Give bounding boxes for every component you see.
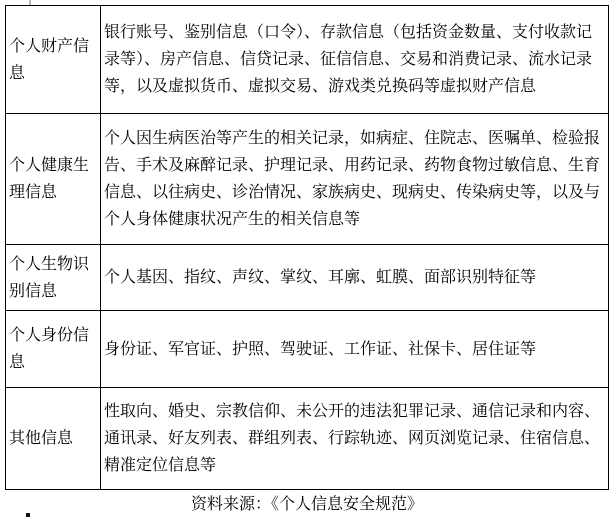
category-cell: 个人健康生理信息 (6, 114, 101, 245)
category-cell: 其他信息 (6, 388, 101, 490)
category-cell: 个人生物识别信息 (6, 245, 101, 311)
table-row: 个人财产信息 银行账号、鉴别信息（口令）、存款信息（包括资金数量、支付收款记录等… (6, 6, 609, 114)
table-row: 其他信息 性取向、婚史、宗教信仰、未公开的违法犯罪记录、通信记录和内容、通讯录、… (6, 388, 609, 490)
table-row: 个人身份信息 身份证、军官证、护照、驾驶证、工作证、社保卡、居住证等 (6, 311, 609, 388)
source-caption: 资料来源：《个人信息安全规范》 (0, 495, 614, 515)
table-row: 个人生物识别信息 个人基因、指纹、声纹、掌纹、耳廓、虹膜、面部识别特征等 (6, 245, 609, 311)
category-cell: 个人财产信息 (6, 6, 101, 114)
description-cell: 身份证、军官证、护照、驾驶证、工作证、社保卡、居住证等 (101, 311, 609, 388)
description-cell: 银行账号、鉴别信息（口令）、存款信息（包括资金数量、支付收款记录等）、房产信息、… (101, 6, 609, 114)
personal-info-table: 个人财产信息 银行账号、鉴别信息（口令）、存款信息（包括资金数量、支付收款记录等… (5, 5, 609, 490)
stray-scan-mark-bottom (26, 513, 30, 517)
description-cell: 个人因生病医治等产生的相关记录，如病症、住院志、医嘱单、检验报告、手术及麻醉记录… (101, 114, 609, 245)
table-row: 个人健康生理信息 个人因生病医治等产生的相关记录，如病症、住院志、医嘱单、检验报… (6, 114, 609, 245)
category-cell: 个人身份信息 (6, 311, 101, 388)
document-page: 个人财产信息 银行账号、鉴别信息（口令）、存款信息（包括资金数量、支付收款记录等… (0, 0, 614, 521)
description-cell: 个人基因、指纹、声纹、掌纹、耳廓、虹膜、面部识别特征等 (101, 245, 609, 311)
description-cell: 性取向、婚史、宗教信仰、未公开的违法犯罪记录、通信记录和内容、通讯录、好友列表、… (101, 388, 609, 490)
